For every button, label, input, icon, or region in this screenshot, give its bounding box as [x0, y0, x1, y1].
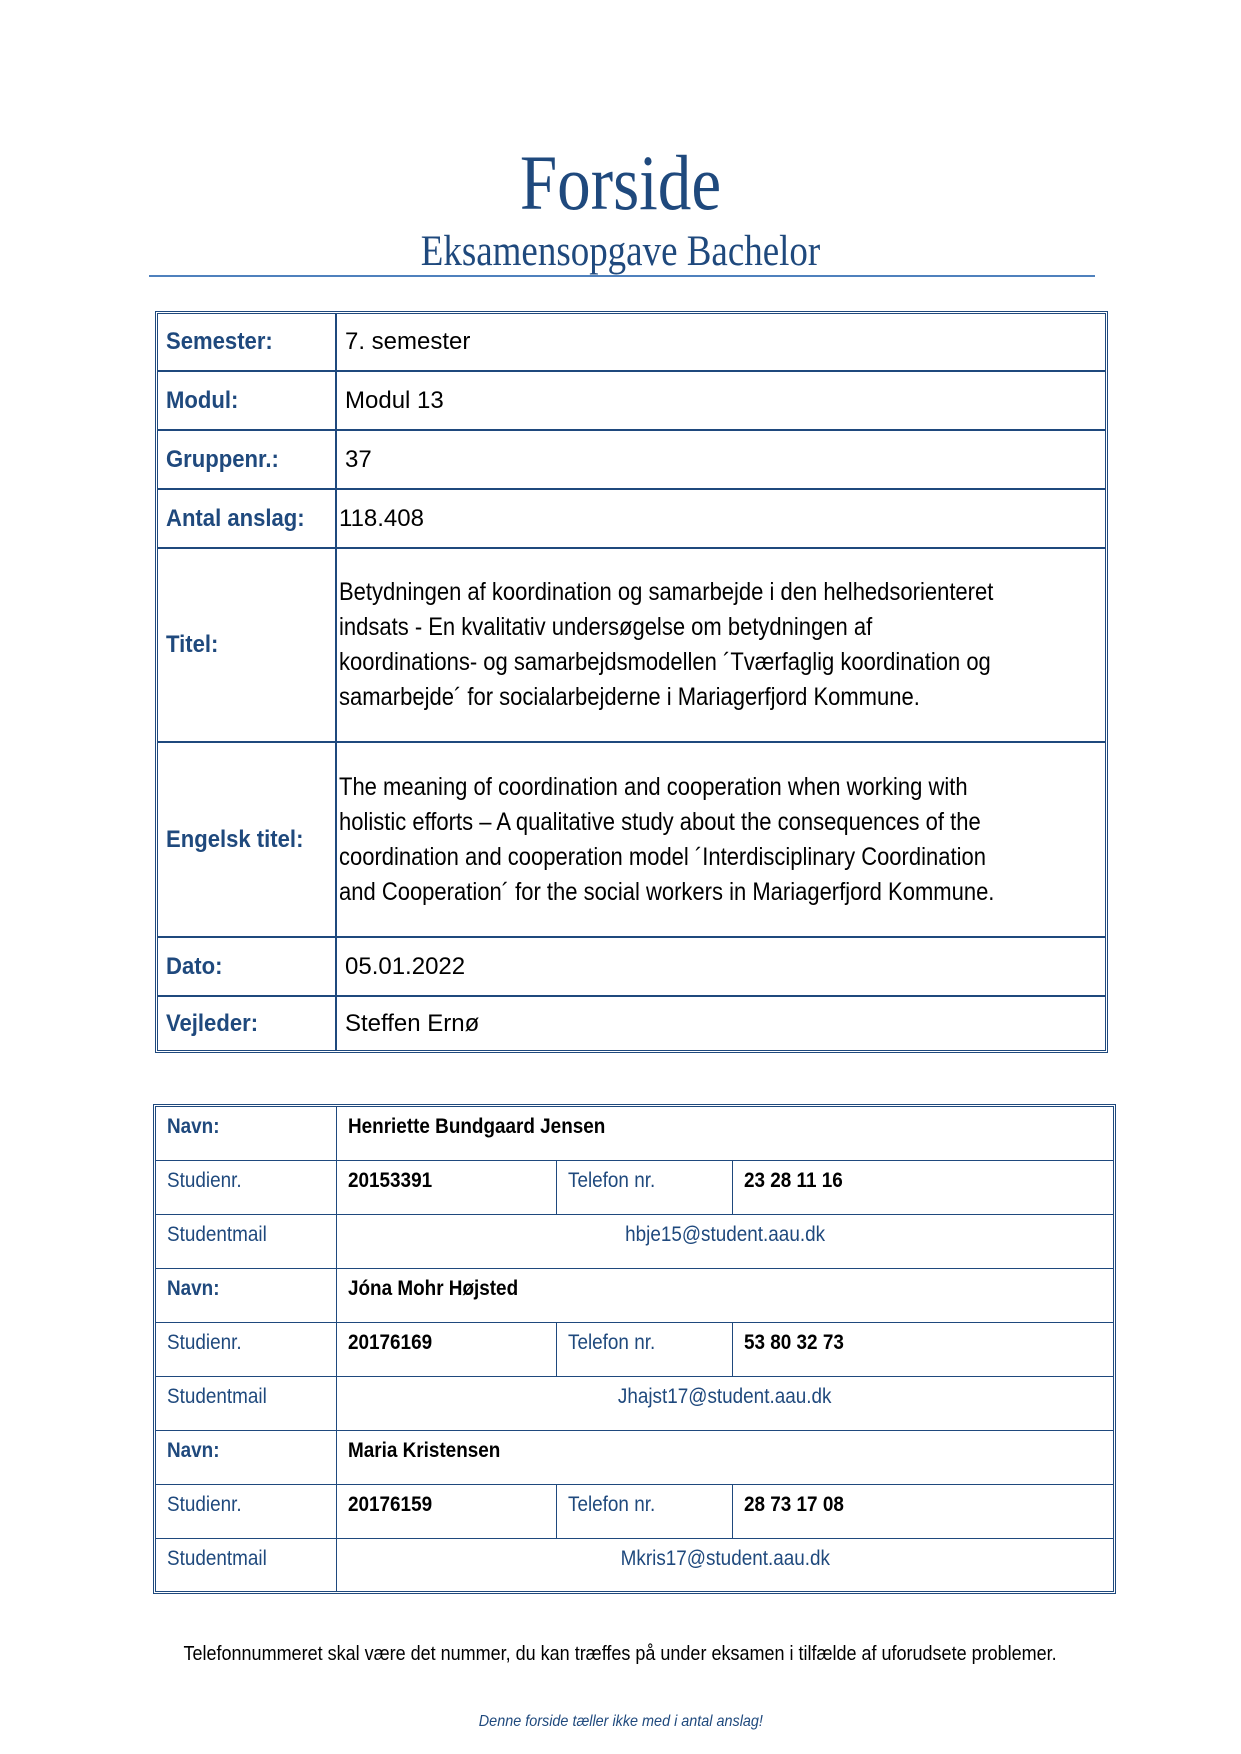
student-mail-row: Studentmail Mkris17@student.aau.dk — [156, 1539, 1113, 1591]
supervisor-value: Steffen Ernø — [339, 997, 1105, 1050]
student-name-row: Navn: Jóna Mohr Højsted — [156, 1269, 1113, 1323]
student-mail: Mkris17@student.aau.dk — [620, 1547, 829, 1571]
name-label: Navn: — [167, 1439, 220, 1463]
student-mail: hbje15@student.aau.dk — [625, 1223, 825, 1247]
student-mail-row: Studentmail Jhajst17@student.aau.dk — [156, 1377, 1113, 1431]
phone-note: Telefonnummeret skal være det nummer, du… — [184, 1643, 1057, 1666]
group-label: Gruppenr.: — [166, 446, 279, 474]
semester-value: 7. semester — [339, 314, 1105, 370]
student-no: 20153391 — [348, 1169, 432, 1193]
mail-label: Studentmail — [167, 1223, 267, 1247]
phone-number: 28 73 17 08 — [744, 1493, 844, 1517]
phone-number: 23 28 11 16 — [744, 1169, 843, 1193]
info-row-title: Titel: Betydningen af koordination og sa… — [158, 549, 1105, 743]
student-name: Maria Kristensen — [348, 1439, 500, 1463]
student-no-label: Studienr. — [167, 1331, 242, 1355]
info-table: Semester: 7. semester Modul: Modul 13 Gr… — [155, 311, 1108, 1053]
info-row-date: Dato: 05.01.2022 — [158, 938, 1105, 997]
title-label: Titel: — [166, 631, 218, 659]
chars-label: Antal anslag: — [166, 505, 305, 533]
student-name-row: Navn: Maria Kristensen — [156, 1431, 1113, 1485]
info-row-modul: Modul: Modul 13 — [158, 372, 1105, 431]
page-subtitle: Eksamensopgave Bachelor — [87, 226, 1154, 278]
students-table: Navn: Henriette Bundgaard Jensen Studien… — [153, 1104, 1116, 1594]
phone-label: Telefon nr. — [568, 1169, 655, 1193]
student-number-row: Studienr. 20153391 Telefon nr. 23 28 11 … — [156, 1161, 1113, 1215]
student-number-row: Studienr. 20176159 Telefon nr. 28 73 17 … — [156, 1485, 1113, 1539]
student-no-label: Studienr. — [167, 1493, 242, 1517]
student-mail: Jhajst17@student.aau.dk — [618, 1385, 832, 1409]
english-title-value: The meaning of coordination and cooperat… — [339, 770, 1011, 910]
group-value: 37 — [339, 431, 1105, 488]
english-title-label: Engelsk titel: — [166, 826, 303, 854]
title-divider — [149, 275, 1095, 277]
mail-label: Studentmail — [167, 1547, 267, 1571]
info-row-group: Gruppenr.: 37 — [158, 431, 1105, 490]
chars-value: 118.408 — [339, 490, 1105, 547]
student-no-label: Studienr. — [167, 1169, 242, 1193]
date-label: Dato: — [166, 953, 222, 981]
phone-label: Telefon nr. — [568, 1331, 655, 1355]
phone-number: 53 80 32 73 — [744, 1331, 844, 1355]
info-row-english-title: Engelsk titel: The meaning of coordinati… — [158, 743, 1105, 938]
student-no: 20176159 — [348, 1493, 432, 1517]
student-no: 20176169 — [348, 1331, 432, 1355]
date-value: 05.01.2022 — [339, 938, 1105, 995]
modul-label: Modul: — [166, 387, 238, 415]
info-row-semester: Semester: 7. semester — [158, 314, 1105, 372]
student-name: Jóna Mohr Højsted — [348, 1277, 518, 1301]
name-label: Navn: — [167, 1277, 220, 1301]
student-number-row: Studienr. 20176169 Telefon nr. 53 80 32 … — [156, 1323, 1113, 1377]
student-mail-row: Studentmail hbje15@student.aau.dk — [156, 1215, 1113, 1269]
mail-label: Studentmail — [167, 1385, 267, 1409]
disclaimer: Denne forside tæller ikke med i antal an… — [478, 1713, 762, 1731]
title-value: Betydningen af koordination og samarbejd… — [339, 575, 1011, 715]
info-row-supervisor: Vejleder: Steffen Ernø — [158, 997, 1105, 1050]
supervisor-label: Vejleder: — [166, 1010, 258, 1038]
name-label: Navn: — [167, 1115, 220, 1139]
student-name: Henriette Bundgaard Jensen — [348, 1115, 605, 1139]
semester-label: Semester: — [166, 328, 273, 356]
info-row-chars: Antal anslag: 118.408 — [158, 490, 1105, 549]
page-title: Forside — [87, 138, 1154, 228]
phone-label: Telefon nr. — [568, 1493, 655, 1517]
modul-value: Modul 13 — [339, 372, 1105, 429]
student-name-row: Navn: Henriette Bundgaard Jensen — [156, 1107, 1113, 1161]
